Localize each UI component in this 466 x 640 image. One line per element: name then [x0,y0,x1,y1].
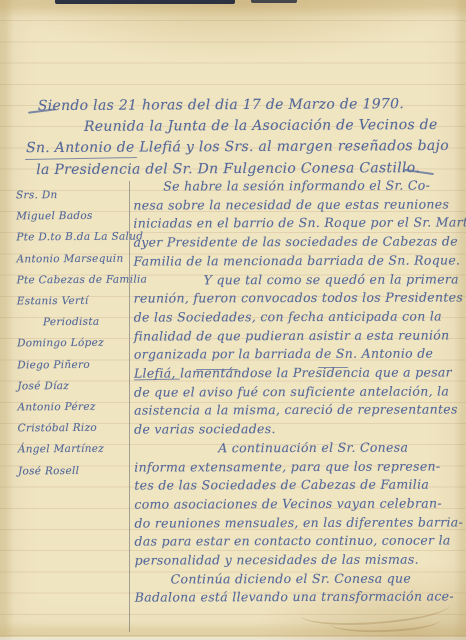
paragraph-session-open: Se habre la sesión informando el Sr. Co-… [133,176,463,271]
body-line: informa extensamente, para que los repre… [134,457,464,477]
attendee-name: Domingo López [17,333,129,355]
body-line: de las Sociedades, con fecha anticipada … [134,307,464,327]
body-line: Badalona está llevando una transformació… [135,588,465,608]
attendee-name: Pte D.to B.da La Salud [16,227,128,249]
body-line: Y que tal como se quedó en la primera [134,270,464,290]
attendee-name: Antonio Pérez [17,397,129,419]
attendee-name: Cristóbal Rizo [18,418,130,440]
attendee-name: Ángel Martínez [18,439,130,461]
paragraph-monthly-meetings: A continuación el Sr. Conesainforma exte… [134,438,464,570]
attendee-name: Estanis Vertí [17,291,129,313]
body-line: Llefiá, lamentándose la Presidencia que … [134,363,464,383]
body-line: reunión, fueron convocados todos los Pre… [134,289,464,309]
body-line: A continuación el Sr. Conesa [134,438,464,458]
opening-line: Reunida la Junta de la Asociación de Vec… [84,115,462,138]
opening-statement: Siendo las 21 horas del dia 17 de Marzo … [24,94,462,181]
body-line: nesa sobre la necesidad de que estas reu… [133,195,463,215]
body-line: do reuniones mensuales, en las diferente… [134,513,464,533]
attendee-name: José Rosell [18,460,130,482]
attendee-name: Srs. Dn [16,185,128,207]
attendee-name: Periodista [43,312,129,334]
attendee-name: Antonio Marsequin [16,248,128,270]
body-line: Familia de la mencionada barriada de Sn.… [134,251,464,271]
minutes-body: Se habre la sesión informando el Sr. Co-… [133,176,464,607]
body-line: Continúa diciendo el Sr. Conesa que [135,569,465,589]
body-line: de varias sociedades. [134,420,464,440]
body-line: organizada por la barriada de Sn. Antoni… [134,345,464,365]
body-line: ayer Presidente de las sociedades de Cab… [133,233,463,253]
attendee-name: José Díaz [17,375,129,397]
body-line: personalidad y necesidades de las mismas… [135,550,465,570]
opening-line: Siendo las 21 horas del dia 17 de Marzo … [38,94,462,117]
attendee-name: Miguel Bados [16,206,128,228]
paragraph-convocation: Y que tal como se quedó en la primerareu… [134,270,465,439]
opening-line: Sn. Antonio de Llefiá y los Srs. al marg… [26,136,462,159]
paper-crease [330,610,441,634]
scanned-document: Siendo las 21 horas del dia 17 de Marzo … [0,0,466,640]
body-line: de que el aviso fué con suficiente antel… [134,382,464,402]
body-line: das para estar en contacto continuo, con… [134,532,464,552]
body-line: iniciadas en el barrio de Sn. Roque por … [133,214,463,234]
paper-sheet: Siendo las 21 horas del dia 17 de Marzo … [0,0,466,640]
attendee-name: Diego Piñero [17,354,129,376]
body-line: finalidad de que pudieran asistir a esta… [134,326,464,346]
body-line: como asociaciones de Vecinos vayan celeb… [134,494,464,514]
body-line: asistencia a la misma, careció de repres… [134,401,464,421]
body-line: tes de las Sociedades de Cabezas de Fami… [134,476,464,496]
cutoff-printed-header [55,0,235,4]
body-line: Se habre la sesión informando el Sr. Co- [133,176,463,196]
paragraph-badalona: Continúa diciendo el Sr. Conesa queBadal… [135,569,465,608]
attendee-name-list: Srs. DnMiguel BadosPte D.to B.da La Salu… [16,185,130,483]
attendee-name: Pte Cabezas de Familia [17,269,129,291]
